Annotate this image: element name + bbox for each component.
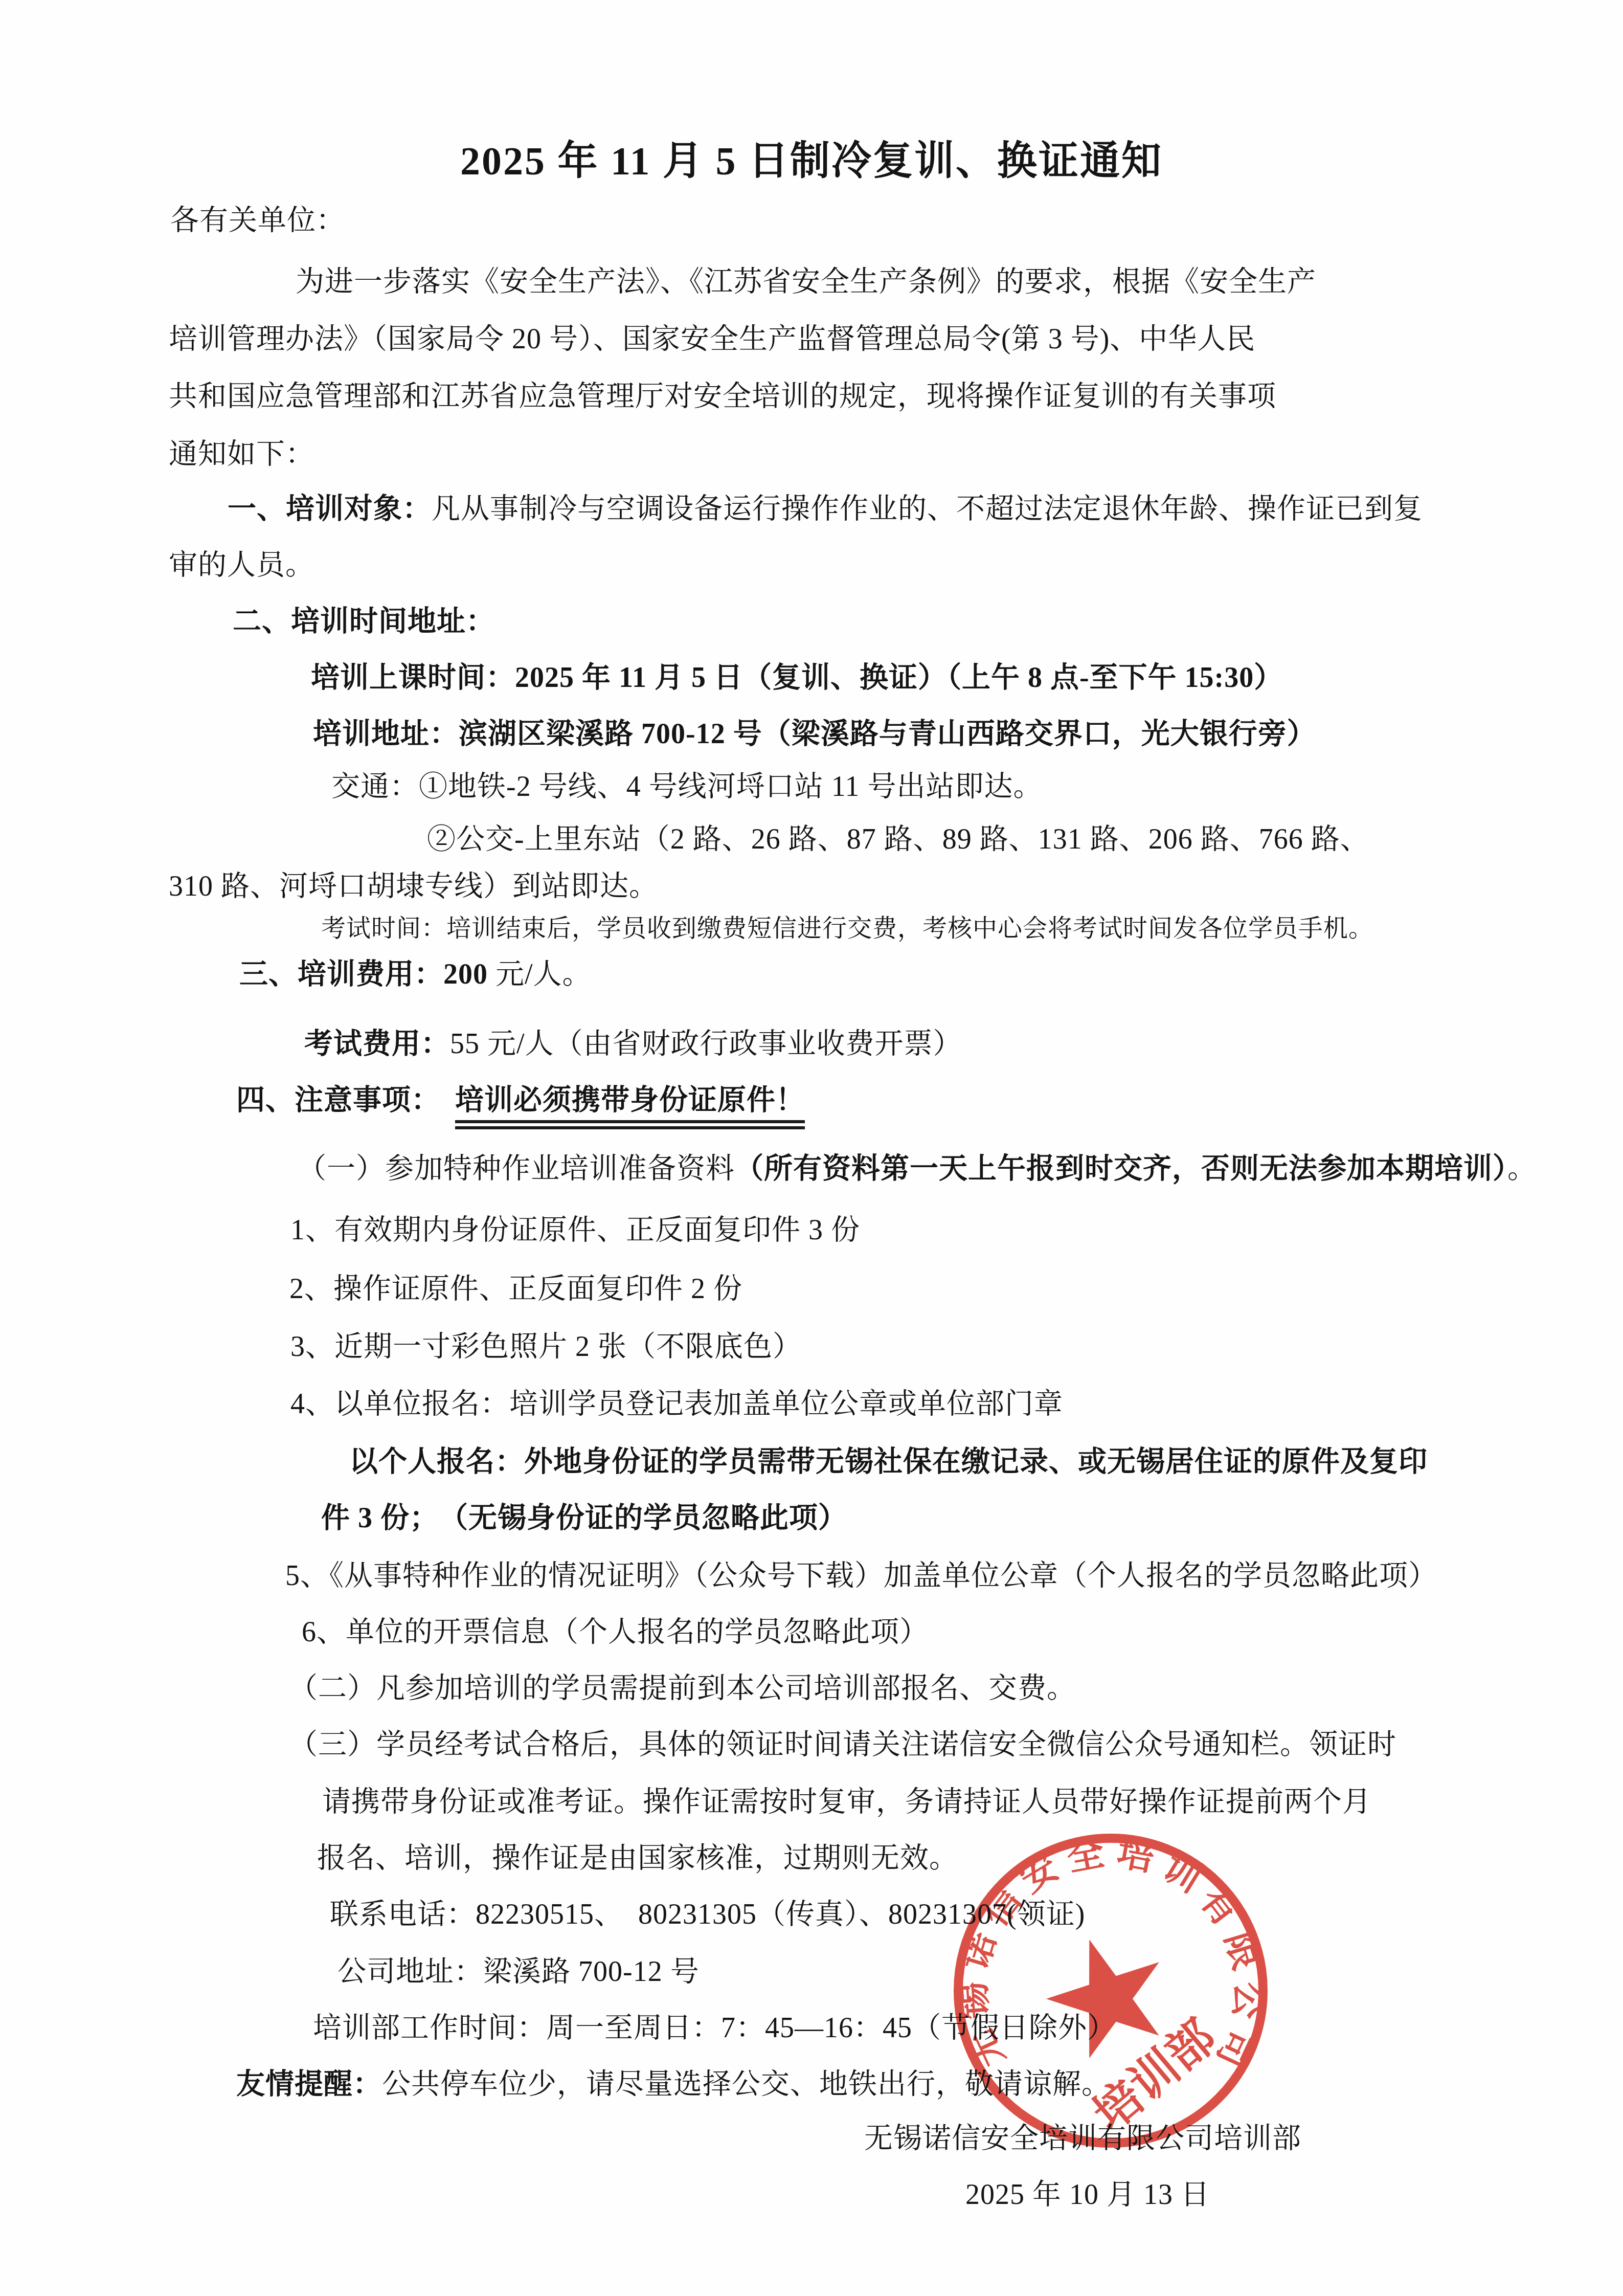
doc-line-23: 以个人报名：外地身份证的学员需带无锡社保在缴记录、或无锡居住证的原件及复印 xyxy=(349,1445,1428,1479)
doc-line-14: 考试时间：培训结束后，学员收到缴费短信进行交费，考核中心会将考试时间发各位学员手… xyxy=(321,915,1373,944)
doc-line-15: 三、培训费用：200 元/人。 xyxy=(239,957,592,991)
doc-text-segment: 考试费用： xyxy=(304,1028,450,1060)
doc-line-11: 交通：①地铁-2 号线、4 号线河埒口站 11 号出站即达。 xyxy=(331,770,1043,804)
doc-line-21: 3、近期一寸彩色照片 2 张（不限底色） xyxy=(290,1330,802,1364)
doc-text-segment: 凡从事制冷与空调设备运行操作作业的、不超过法定退休年龄、操作证已到复 xyxy=(432,493,1423,525)
doc-text-segment xyxy=(424,1502,454,1534)
doc-line-6: 一、培训对象：凡从事制冷与空调设备运行操作作业的、不超过法定退休年龄、操作证已到… xyxy=(228,492,1423,526)
seal-ring-char: 有 xyxy=(1192,1879,1247,1933)
doc-text-segment: （无锡身份证的学员忽略此项） xyxy=(454,1502,847,1534)
doc-text-segment: 请携带身份证或准考证。操作证需按时复审，务请持证人员带好操作证提前两个月 xyxy=(322,1786,1371,1818)
doc-text-segment: 无锡诺信安全培训有限公司培训部 xyxy=(864,2123,1301,2154)
doc-line-7: 审的人员。 xyxy=(169,548,314,582)
doc-text-segment: 件 3 份； xyxy=(321,1502,424,1534)
doc-text-segment: 二、培训时间地址： xyxy=(233,606,495,637)
doc-text-segment: 为进一步落实《安全生产法》、《江苏省安全生产条例》的要求，根据《安全生产 xyxy=(296,266,1316,298)
doc-text-segment: 2025 年 10 月 13 日 xyxy=(965,2179,1210,2211)
doc-text-segment: （所有资料第一天上午报到时交齐，否则无法参加本期培训） xyxy=(735,1153,1507,1185)
doc-text-segment: 通知如下： xyxy=(169,438,314,470)
doc-line-36: 2025 年 10 月 13 日 xyxy=(965,2178,1210,2212)
doc-text-segment: 200 xyxy=(443,958,495,990)
doc-line-32: 公司地址：梁溪路 700-12 号 xyxy=(337,1955,700,1989)
doc-text-segment: 考试时间：培训结束后，学员收到缴费短信进行交费，考核中心会将考试时间发各位学员手… xyxy=(321,915,1373,942)
document-page: 2025 年 11 月 5 日制冷复训、换证通知 无锡诺信安全培训有限公司 培训… xyxy=(0,0,1623,2296)
doc-text-segment: 2、操作证原件、正反面复印件 2 份 xyxy=(289,1273,742,1305)
doc-text-segment: 培训地址：滨湖区梁溪路 700-12 号（梁溪路与青山西路交界口，光大银行旁） xyxy=(313,718,1316,750)
doc-line-2: 为进一步落实《安全生产法》、《江苏省安全生产条例》的要求，根据《安全生产 xyxy=(296,265,1316,299)
doc-text-segment: （三）学员经考试合格后，具体的领证时间请关注诺信安全微信公众号通知栏。领证时 xyxy=(289,1729,1396,1760)
doc-text-segment: 培训上课时间：2025 年 11 月 5 日（复训、换证）（上午 8 点-至下午… xyxy=(311,662,1283,694)
doc-text-segment: 三、培训费用： xyxy=(239,958,443,990)
doc-text-segment: 培训必须携带身份证原件！ xyxy=(455,1084,805,1129)
doc-text-segment: 一、培训对象： xyxy=(228,493,432,525)
doc-line-25: 5、《从事特种作业的情况证明》（公众号下载）加盖单位公章（个人报名的学员忽略此项… xyxy=(285,1559,1437,1593)
doc-line-28: （三）学员经考试合格后，具体的领证时间请关注诺信安全微信公众号通知栏。领证时 xyxy=(289,1728,1396,1762)
doc-text-segment: 培训管理办法》（国家局令 20 号）、国家安全生产监督管理总局令(第 3 号)、… xyxy=(169,323,1255,355)
doc-line-8: 二、培训时间地址： xyxy=(233,605,495,638)
doc-line-26: 6、单位的开票信息（个人报名的学员忽略此项） xyxy=(302,1615,929,1649)
doc-line-18: （一）参加特种作业培训准备资料（所有资料第一天上午报到时交齐，否则无法参加本期培… xyxy=(298,1152,1537,1186)
doc-text-segment: 报名、培训，操作证是由国家核准，过期则无效。 xyxy=(317,1842,958,1874)
doc-line-13: 310 路、河埒口胡埭专线）到站即达。 xyxy=(169,870,658,903)
doc-line-20: 2、操作证原件、正反面复印件 2 份 xyxy=(289,1272,742,1306)
doc-line-1: 各有关单位： xyxy=(170,204,345,237)
doc-line-17: 四、注意事项： 培训必须携带身份证原件！ xyxy=(236,1083,805,1117)
doc-text-segment: 55 元/人（由省财政行政事业收费开票） xyxy=(450,1028,962,1060)
doc-line-9: 培训上课时间：2025 年 11 月 5 日（复训、换证）（上午 8 点-至下午… xyxy=(311,661,1283,695)
doc-text-segment: （一）参加特种作业培训准备资料 xyxy=(298,1153,735,1185)
doc-line-24: 件 3 份； （无锡身份证的学员忽略此项） xyxy=(321,1501,847,1535)
doc-text-segment: 。 xyxy=(1507,1153,1537,1185)
doc-text-segment: 友情提醒： xyxy=(236,2068,382,2100)
doc-line-12: ②公交-上里东站（2 路、26 路、87 路、89 路、131 路、206 路、… xyxy=(427,822,1369,856)
doc-text-segment: 1、有效期内身份证原件、正反面复印件 3 份 xyxy=(290,1214,860,1246)
doc-text-segment: 交通：①地铁-2 号线、4 号线河埒口站 11 号出站即达。 xyxy=(331,771,1043,803)
doc-line-30: 报名、培训，操作证是由国家核准，过期则无效。 xyxy=(317,1841,958,1875)
doc-text-segment: 培训部工作时间：周一至周日：7：45—16：45（节假日除外） xyxy=(313,2012,1116,2044)
doc-line-5: 通知如下： xyxy=(169,437,314,471)
doc-text-segment: 5、《从事特种作业的情况证明》（公众号下载）加盖单位公章（个人报名的学员忽略此项… xyxy=(285,1560,1437,1592)
doc-text-segment: 以个人报名：外地身份证的学员需带无锡社保在缴记录、或无锡居住证的原件及复印 xyxy=(349,1446,1428,1478)
document-title: 2025 年 11 月 5 日制冷复训、换证通知 xyxy=(0,129,1623,186)
doc-line-34: 友情提醒：公共停车位少，请尽量选择公交、地铁出行，敬请谅解。 xyxy=(236,2067,1111,2101)
doc-line-10: 培训地址：滨湖区梁溪路 700-12 号（梁溪路与青山西路交界口，光大银行旁） xyxy=(313,717,1316,751)
doc-text-segment: 四、注意事项： xyxy=(236,1084,426,1116)
doc-text-segment: （二）凡参加培训的学员需提前到本公司培训部报名、交费。 xyxy=(289,1673,1076,1704)
doc-line-19: 1、有效期内身份证原件、正反面复印件 3 份 xyxy=(290,1213,860,1247)
company-seal: 无锡诺信安全培训有限公司 培训部 xyxy=(932,1811,1290,2169)
doc-line-29: 请携带身份证或准考证。操作证需按时复审，务请持证人员带好操作证提前两个月 xyxy=(322,1785,1371,1819)
doc-text-segment: 联系电话：82230515、 80231305（传真）、80231307(领证) xyxy=(330,1899,1085,1930)
doc-text-segment: 4、以单位报名：培训学员登记表加盖单位公章或单位部门章 xyxy=(290,1388,1063,1420)
doc-line-27: （二）凡参加培训的学员需提前到本公司培训部报名、交费。 xyxy=(289,1671,1076,1705)
doc-text-segment: ②公交-上里东站（2 路、26 路、87 路、89 路、131 路、206 路、… xyxy=(427,823,1369,855)
doc-line-33: 培训部工作时间：周一至周日：7：45—16：45（节假日除外） xyxy=(313,2011,1116,2045)
doc-text-segment: 310 路、河埒口胡埭专线）到站即达。 xyxy=(169,871,658,902)
seal-ring-char: 培 xyxy=(1114,1832,1157,1879)
doc-text-segment: 3、近期一寸彩色照片 2 张（不限底色） xyxy=(290,1331,802,1363)
seal-ring-char: 公 xyxy=(1226,1980,1270,2020)
doc-text-segment: 公司地址：梁溪路 700-12 号 xyxy=(337,1956,700,1988)
doc-text-segment: 公共停车位少，请尽量选择公交、地铁出行，敬请谅解。 xyxy=(382,2068,1111,2100)
doc-line-22: 4、以单位报名：培训学员登记表加盖单位公章或单位部门章 xyxy=(290,1387,1063,1421)
doc-text-segment: 各有关单位： xyxy=(170,205,345,236)
doc-line-31: 联系电话：82230515、 80231305（传真）、80231307(领证) xyxy=(330,1898,1085,1931)
doc-line-16: 考试费用：55 元/人（由省财政行政事业收费开票） xyxy=(304,1027,962,1061)
seal-ring-char: 全 xyxy=(1064,1832,1107,1879)
doc-text-segment: 元/人。 xyxy=(495,958,592,990)
doc-text-segment: 审的人员。 xyxy=(169,549,314,581)
doc-text-segment xyxy=(426,1084,455,1116)
doc-line-3: 培训管理办法》（国家局令 20 号）、国家安全生产监督管理总局令(第 3 号)、… xyxy=(169,322,1255,356)
seal-ring-char: 训 xyxy=(1156,1846,1208,1900)
seal-ring-char: 安 xyxy=(1012,1846,1065,1900)
doc-text-segment: 共和国应急管理部和江苏省应急管理厅对安全培训的规定，现将操作证复训的有关事项 xyxy=(169,381,1276,412)
doc-line-35: 无锡诺信安全培训有限公司培训部 xyxy=(864,2122,1301,2155)
doc-text-segment: 6、单位的开票信息（个人报名的学员忽略此项） xyxy=(302,1616,929,1648)
doc-line-4: 共和国应急管理部和江苏省应急管理厅对安全培训的规定，现将操作证复训的有关事项 xyxy=(169,380,1276,413)
